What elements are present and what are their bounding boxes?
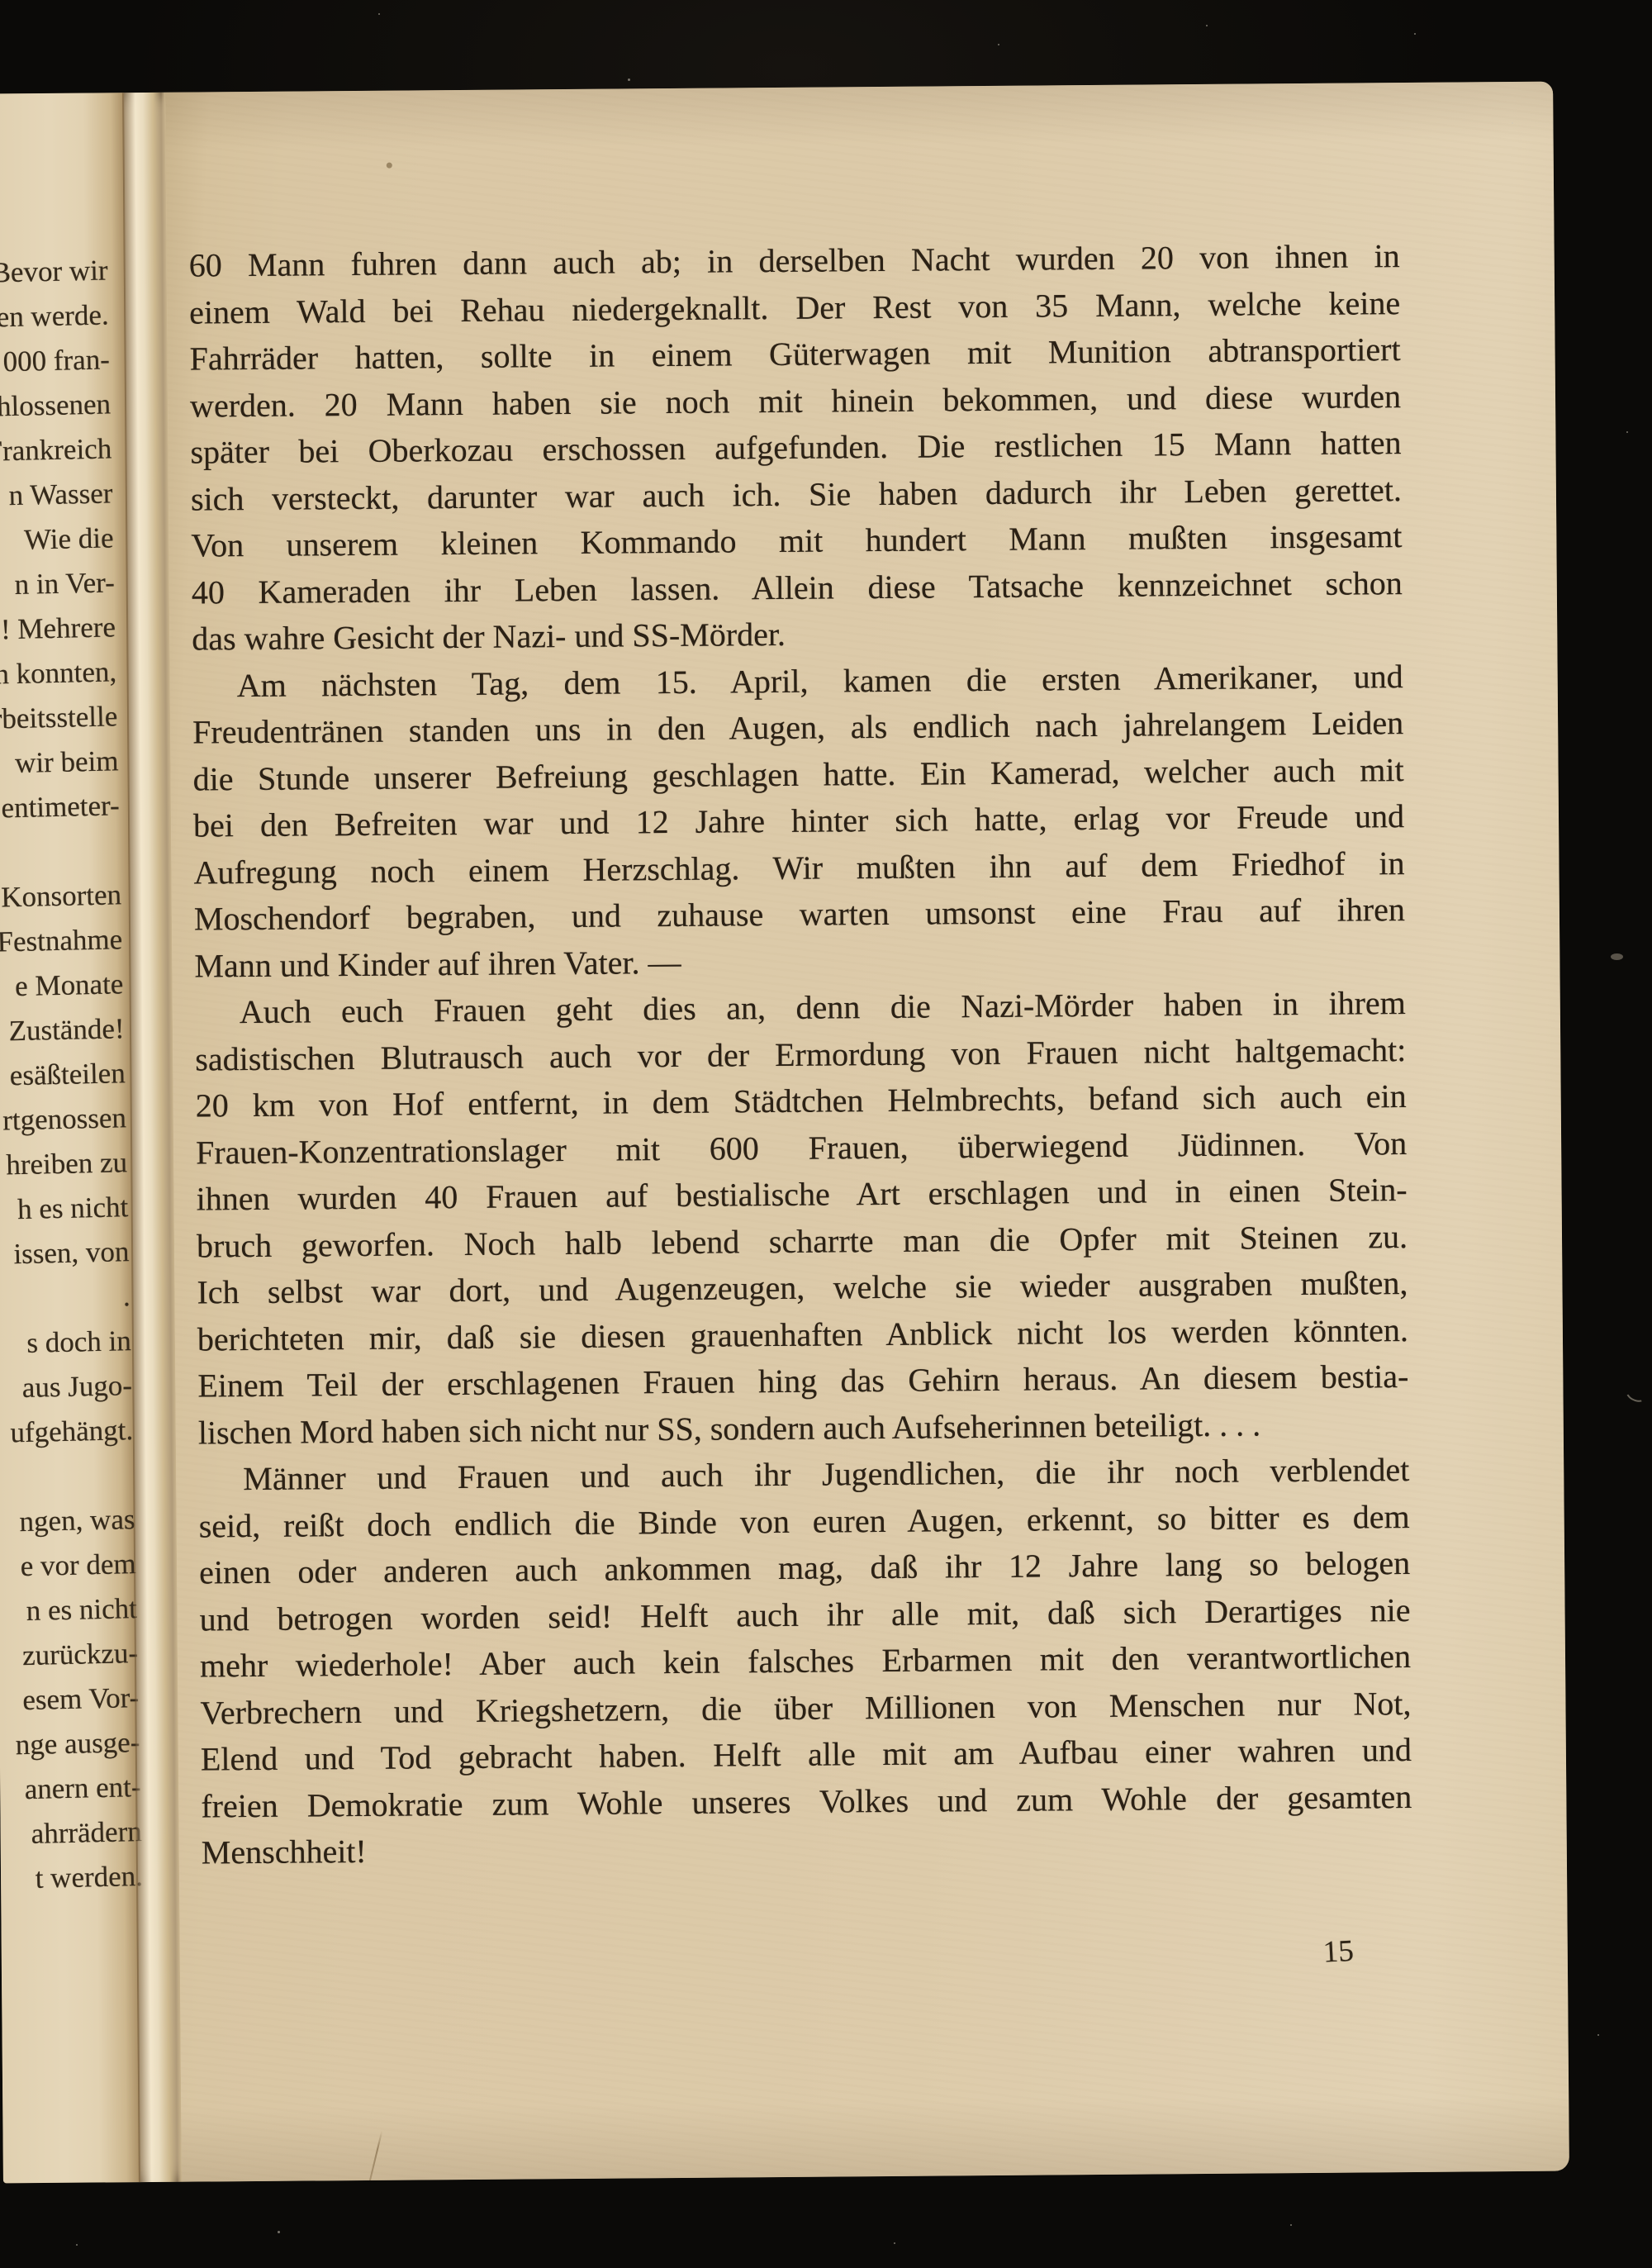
facing-text-fragment: esem Vor- — [22, 1681, 140, 1717]
dust-speck — [998, 44, 999, 45]
facing-text-fragment: chlossenen — [0, 388, 111, 423]
main-text: 60 Mann fuhren dann auch ab; in derselbe… — [189, 233, 1412, 1876]
dust-speck — [1290, 2224, 1292, 2226]
dust-speck — [628, 78, 630, 81]
facing-text-fragment: aus Jugo- — [21, 1369, 132, 1405]
facing-text-fragment: s doch in — [26, 1324, 131, 1360]
text-line: freien Demokratie zum Wohle unseres Volk… — [201, 1773, 1412, 1829]
scan-background: Bevor wiren werde.000 fran-chlossenenFra… — [0, 0, 1652, 2268]
facing-text-fragment: Festnahme — [0, 923, 123, 958]
facing-text-fragment: wir beim — [15, 744, 119, 780]
facing-text-fragment: n konnten, — [0, 655, 117, 691]
facing-text-fragment: n es nicht — [26, 1592, 137, 1628]
facing-text-fragment: hreiben zu — [6, 1146, 128, 1182]
facing-text-fragment: anern ent- — [24, 1771, 141, 1806]
scan-hair-mark — [1623, 1382, 1649, 1405]
text-line: 40 Kameraden ihr Leben lassen. Allein di… — [192, 560, 1403, 616]
dust-speck — [278, 2231, 280, 2233]
facing-text-fragment: en werde. — [0, 298, 109, 334]
facing-text-fragment: n Wasser — [8, 477, 113, 512]
facing-text-fragment: zurückzu- — [22, 1637, 139, 1672]
dust-speck — [1626, 431, 1628, 433]
paper-crack — [367, 2131, 382, 2184]
facing-page-column: Bevor wiren werde.000 fran-chlossenenFra… — [0, 254, 145, 1979]
facing-text-fragment: ngen, was — [19, 1503, 135, 1538]
dust-speck — [1512, 122, 1513, 124]
page-number: 15 — [1322, 1935, 1355, 1970]
book-page: Bevor wiren werde.000 fran-chlossenenFra… — [0, 82, 1569, 2184]
dust-speck — [894, 2242, 895, 2244]
facing-text-fragment: esäßteilen — [9, 1057, 126, 1092]
facing-text-fragment: h es nicht — [17, 1191, 129, 1226]
facing-text-fragment: Frankreich — [0, 432, 112, 468]
paper-speck — [387, 163, 392, 169]
facing-text-fragment: rbeitsstelle — [0, 700, 118, 735]
facing-text-fragment: issen, von — [13, 1235, 130, 1271]
dust-speck — [378, 13, 380, 15]
facing-text-fragment: e Monate — [15, 968, 124, 1003]
facing-text-fragment: 000 fran- — [2, 343, 110, 378]
facing-text-fragment: Bevor wir — [0, 254, 108, 289]
dust-speck — [1597, 2034, 1599, 2036]
text-line: Moschendorf begraben, und zuhause warten… — [194, 887, 1405, 943]
main-page: 60 Mann fuhren dann auch ab; in derselbe… — [165, 82, 1569, 2182]
facing-text-fragment: Wie die — [24, 521, 114, 556]
facing-text-fragment: ! Mehrere — [1, 611, 116, 646]
facing-text-fragment: ahrrädern — [31, 1815, 142, 1851]
facing-text-fragment: e vor dem — [20, 1548, 136, 1583]
facing-text-fragment: . — [122, 1280, 131, 1313]
facing-text-fragment: n in Ver- — [14, 566, 115, 601]
facing-text-fragment: entimeter- — [1, 789, 120, 825]
dust-speck — [76, 2244, 78, 2246]
scan-mark — [1611, 953, 1623, 960]
facing-text-fragment: t werden. — [35, 1860, 143, 1895]
facing-text-fragment: ufgehängt. — [10, 1414, 134, 1449]
text-line: Menschheit! — [202, 1820, 1412, 1876]
facing-text-fragment: Zustände! — [8, 1012, 125, 1048]
facing-text-fragment: Konsorten — [1, 878, 122, 914]
facing-text-fragment: nge ausge- — [15, 1726, 140, 1762]
dust-speck — [1414, 33, 1416, 35]
facing-text-fragment: rtgenossen — [2, 1101, 127, 1137]
dust-speck — [1206, 25, 1208, 26]
facing-page-edge: Bevor wiren werde.000 fran-chlossenenFra… — [0, 93, 140, 2183]
